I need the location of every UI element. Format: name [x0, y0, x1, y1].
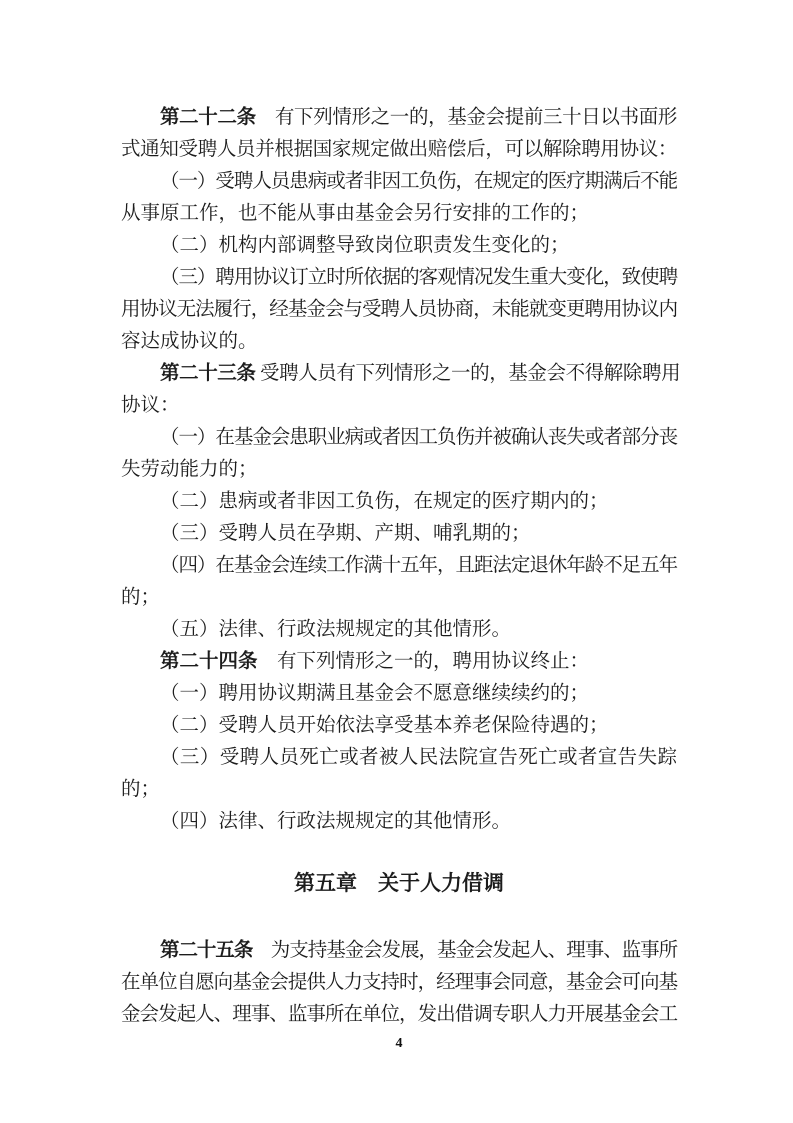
text-line: 用协议无法履行，经基金会与受聘人员协商，未能就变更聘用协议内 [121, 294, 677, 326]
article-number: 第二十五条 [160, 940, 252, 961]
chapter-heading: 第五章 关于人力借调 [121, 865, 677, 901]
text-line: 第二十三条 受聘人员有下列情形之一的，基金会不得解除聘用 [121, 358, 677, 390]
text-line: 第二十四条 有下列情形之一的，聘用协议终止： [121, 646, 677, 678]
line-text: 有下列情形之一的，聘用协议终止： [258, 651, 590, 672]
line-text: （一）受聘人员患病或者非因工负伤，在规定的医疗期满后不能 [160, 171, 677, 192]
text-line: 从事原工作，也不能从事由基金会另行安排的工作的； [121, 198, 677, 230]
text-line: （一）受聘人员患病或者非因工负伤，在规定的医疗期满后不能 [121, 166, 677, 198]
text-line: 协议： [121, 390, 677, 422]
line-text: 金会发起人、理事、监事所在单位，发出借调专职人力开展基金会工 [121, 1004, 677, 1025]
line-text: 协议： [121, 395, 180, 416]
page-number: 4 [121, 1034, 677, 1054]
article-number: 第五章 [294, 871, 357, 895]
document-page: 第二十二条 有下列情形之一的，基金会提前三十日以书面形式通知受聘人员并根据国家规… [0, 0, 793, 1123]
text-line: 第二十五条 为支持基金会发展，基金会发起人、理事、监事所 [121, 935, 677, 967]
article-number: 关于人力借调 [357, 871, 504, 895]
line-text: （五）法律、行政法规规定的其他情形。 [160, 619, 511, 640]
line-text: （三）受聘人员在孕期、产期、哺乳期的； [160, 523, 531, 544]
line-text: （四）法律、行政法规规定的其他情形。 [160, 811, 511, 832]
text-line: （四）在基金会连续工作满十五年，且距法定退休年龄不足五年 [121, 550, 677, 582]
line-text: （三）受聘人员死亡或者被人民法院宣告死亡或者宣告失踪 [160, 747, 677, 768]
text-line: 失劳动能力的； [121, 454, 677, 486]
line-text: （四）在基金会连续工作满十五年，且距法定退休年龄不足五年 [160, 555, 677, 576]
article-number: 第二十二条 [160, 107, 256, 128]
text-line: （三）受聘人员死亡或者被人民法院宣告死亡或者宣告失踪 [121, 742, 677, 774]
line-text: （三）聘用协议订立时所依据的客观情况发生重大变化，致使聘 [160, 267, 677, 288]
article-number: 第二十四条 [160, 651, 258, 672]
line-text: （二）机构内部调整导致岗位职责发生变化的； [160, 235, 570, 256]
line-text: 为支持基金会发展，基金会发起人、理事、监事所 [252, 940, 677, 961]
line-text: 失劳动能力的； [121, 459, 258, 480]
text-line: 容达成协议的。 [121, 326, 677, 358]
line-text: 的； [121, 779, 160, 800]
article-number: 第二十三条 [160, 363, 256, 384]
text-line: （四）法律、行政法规规定的其他情形。 [121, 806, 677, 838]
line-text: 容达成协议的。 [121, 331, 258, 352]
line-text: （一）在基金会患职业病或者因工负伤并被确认丧失或者部分丧 [160, 427, 677, 448]
line-text: 用协议无法履行，经基金会与受聘人员协商，未能就变更聘用协议内 [121, 299, 677, 320]
text-line: （三）聘用协议订立时所依据的客观情况发生重大变化，致使聘 [121, 262, 677, 294]
line-text: 从事原工作，也不能从事由基金会另行安排的工作的； [121, 203, 589, 224]
text-line: （一）聘用协议期满且基金会不愿意继续续约的； [121, 678, 677, 710]
text-line: 金会发起人、理事、监事所在单位，发出借调专职人力开展基金会工 [121, 999, 677, 1031]
document-body: 第二十二条 有下列情形之一的，基金会提前三十日以书面形式通知受聘人员并根据国家规… [121, 102, 677, 1031]
line-text: 在单位自愿向基金会提供人力支持时，经理事会同意，基金会可向基 [121, 972, 677, 993]
line-text: 有下列情形之一的，基金会提前三十日以书面形 [256, 107, 677, 128]
text-line: （二）患病或者非因工负伤，在规定的医疗期内的； [121, 486, 677, 518]
text-line: （一）在基金会患职业病或者因工负伤并被确认丧失或者部分丧 [121, 422, 677, 454]
line-text: （一）聘用协议期满且基金会不愿意继续续约的； [160, 683, 589, 704]
text-line: 第二十二条 有下列情形之一的，基金会提前三十日以书面形 [121, 102, 677, 134]
text-line: （三）受聘人员在孕期、产期、哺乳期的； [121, 518, 677, 550]
line-text: 的； [121, 587, 160, 608]
line-text: 受聘人员有下列情形之一的，基金会不得解除聘用 [256, 363, 681, 384]
line-text: 式通知受聘人员并根据国家规定做出赔偿后，可以解除聘用协议： [121, 139, 677, 160]
text-line: 的； [121, 582, 677, 614]
text-line: 式通知受聘人员并根据国家规定做出赔偿后，可以解除聘用协议： [121, 134, 677, 166]
text-line: （二）受聘人员开始依法享受基本养老保险待遇的； [121, 710, 677, 742]
line-text: （二）受聘人员开始依法享受基本养老保险待遇的； [160, 715, 609, 736]
line-text: （二）患病或者非因工负伤，在规定的医疗期内的； [160, 491, 609, 512]
text-line: （五）法律、行政法规规定的其他情形。 [121, 614, 677, 646]
text-line: （二）机构内部调整导致岗位职责发生变化的； [121, 230, 677, 262]
text-line: 的； [121, 774, 677, 806]
text-line: 在单位自愿向基金会提供人力支持时，经理事会同意，基金会可向基 [121, 967, 677, 999]
